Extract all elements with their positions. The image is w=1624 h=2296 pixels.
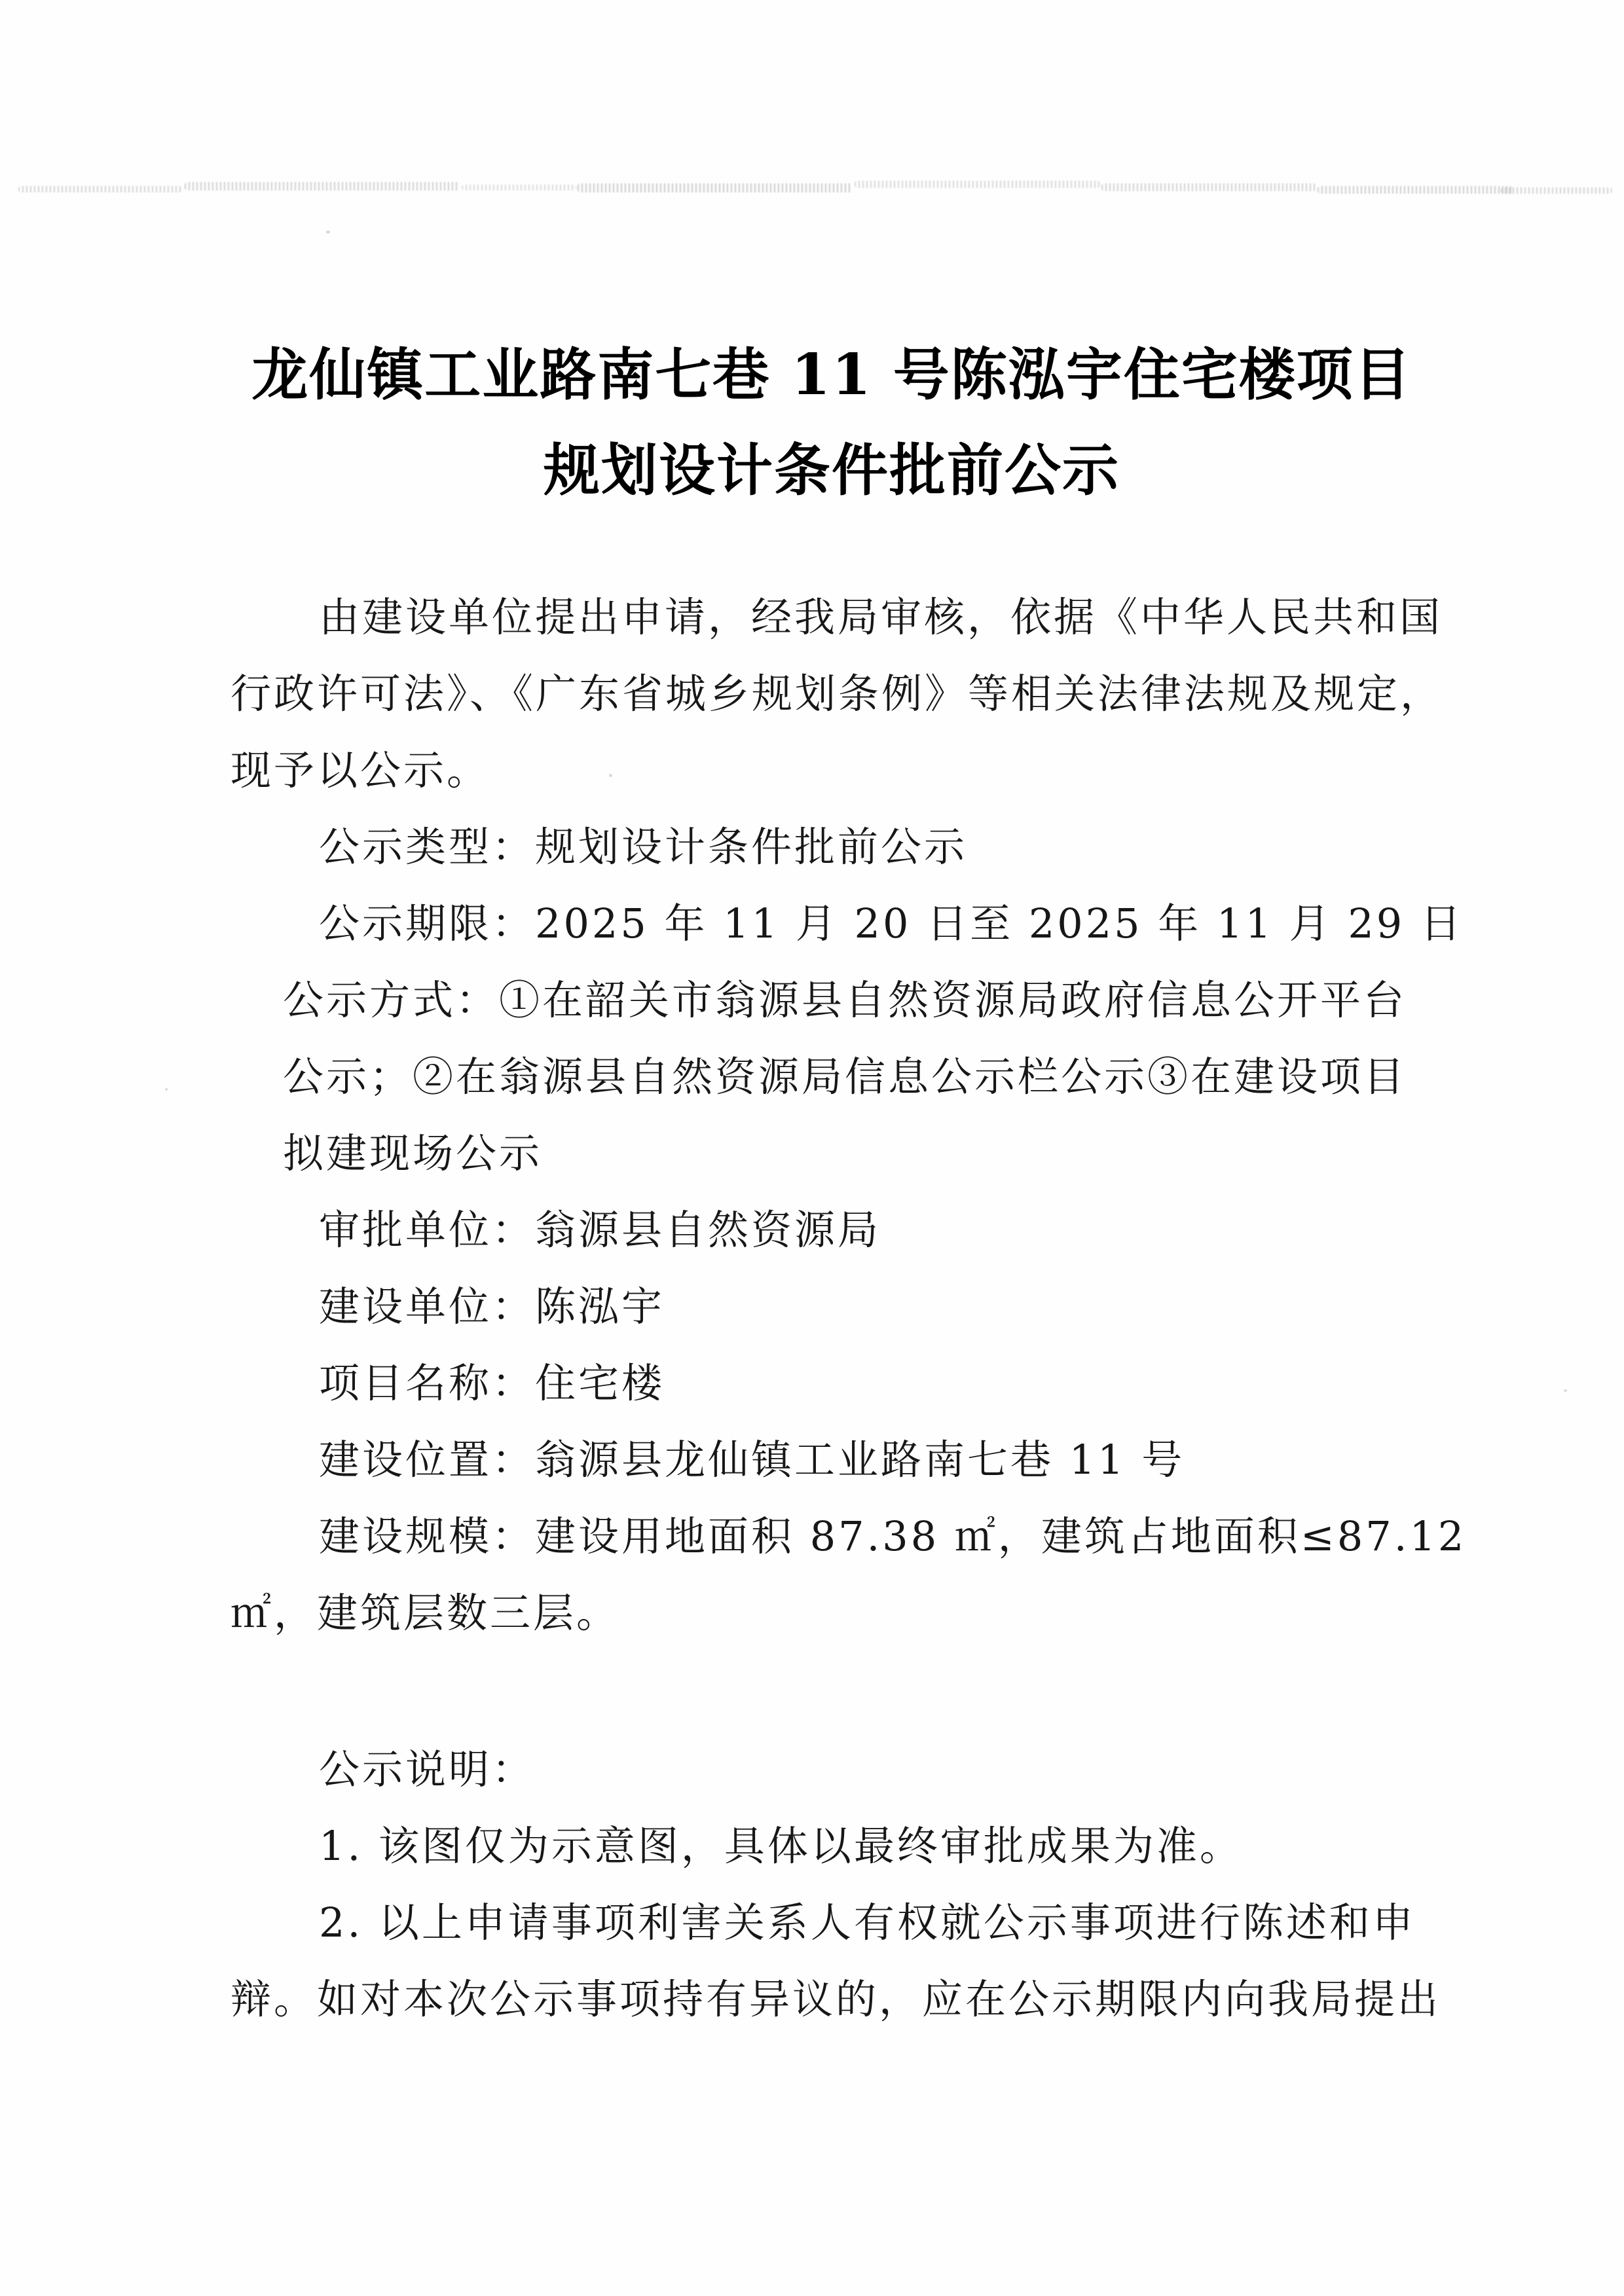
body-line-notes-header: 公示说明： — [231, 1731, 1449, 1808]
scan-streak — [1318, 186, 1513, 194]
scan-streak — [462, 185, 576, 191]
scan-streak — [578, 183, 853, 192]
body-line-construction-unit: 建设单位：陈泓宇 — [231, 1268, 1449, 1345]
body-line-notice-type: 公示类型：规划设计条件批前公示 — [231, 809, 1449, 885]
scan-streak — [1501, 187, 1612, 194]
body-line-intro-3: 现予以公示。 — [231, 732, 1449, 809]
body-line-notice-method-1: 公示方式：①在韶关市翁源县自然资源局政府信息公开平台 — [231, 962, 1449, 1038]
body-line-notice-method-2: 公示；②在翁源县自然资源局信息公示栏公示③在建设项目 — [231, 1038, 1449, 1115]
body-line-project-name: 项目名称：住宅楼 — [231, 1345, 1449, 1421]
scan-artifact-band — [0, 175, 1624, 202]
scan-streak — [18, 186, 182, 192]
scan-streak — [185, 182, 460, 191]
scanned-document-page: 龙仙镇工业路南七巷 11 号陈泓宇住宅楼项目 规划设计条件批前公示 由建设单位提… — [0, 0, 1624, 2296]
body-line-location: 建设位置：翁源县龙仙镇工业路南七巷 11 号 — [231, 1421, 1449, 1498]
scan-streak — [855, 181, 1100, 188]
body-line-intro-1: 由建设单位提出申请，经我局审核，依据《中华人民共和国 — [231, 579, 1449, 655]
body-line-intro-2: 行政许可法》、《广东省城乡规划条例》等相关法律法规及规定， — [231, 655, 1449, 732]
document-title-line-2: 规划设计条件批前公示 — [223, 423, 1441, 519]
document-body: 由建设单位提出申请，经我局审核，依据《中华人民共和国 行政许可法》、《广东省城乡… — [231, 579, 1449, 2037]
body-line-notice-method-3: 拟建现场公示 — [231, 1115, 1449, 1192]
body-line-note-2a: 2. 以上申请事项利害关系人有权就公示事项进行陈述和申 — [231, 1884, 1449, 1961]
document-title: 龙仙镇工业路南七巷 11 号陈泓宇住宅楼项目 规划设计条件批前公示 — [223, 327, 1441, 519]
scan-speck — [165, 1088, 168, 1091]
body-line-scale-2: ㎡，建筑层数三层。 — [231, 1575, 1449, 1651]
body-line-notice-period: 公示期限：2025 年 11 月 20 日至 2025 年 11 月 29 日 — [231, 885, 1449, 962]
body-line-note-2b: 辩。如对本次公示事项持有异议的，应在公示期限内向我局提出 — [231, 1961, 1449, 2037]
body-line-scale-1: 建设规模：建设用地面积 87.38 ㎡，建筑占地面积≤87.12 — [231, 1498, 1449, 1575]
body-line-approval-unit: 审批单位：翁源县自然资源局 — [231, 1192, 1449, 1268]
scan-streak — [1101, 183, 1316, 191]
scan-speck — [326, 230, 330, 234]
body-line-note-1: 1. 该图仅为示意图，具体以最终审批成果为准。 — [231, 1808, 1449, 1884]
scan-speck — [1564, 1389, 1567, 1392]
document-title-line-1: 龙仙镇工业路南七巷 11 号陈泓宇住宅楼项目 — [223, 327, 1441, 423]
